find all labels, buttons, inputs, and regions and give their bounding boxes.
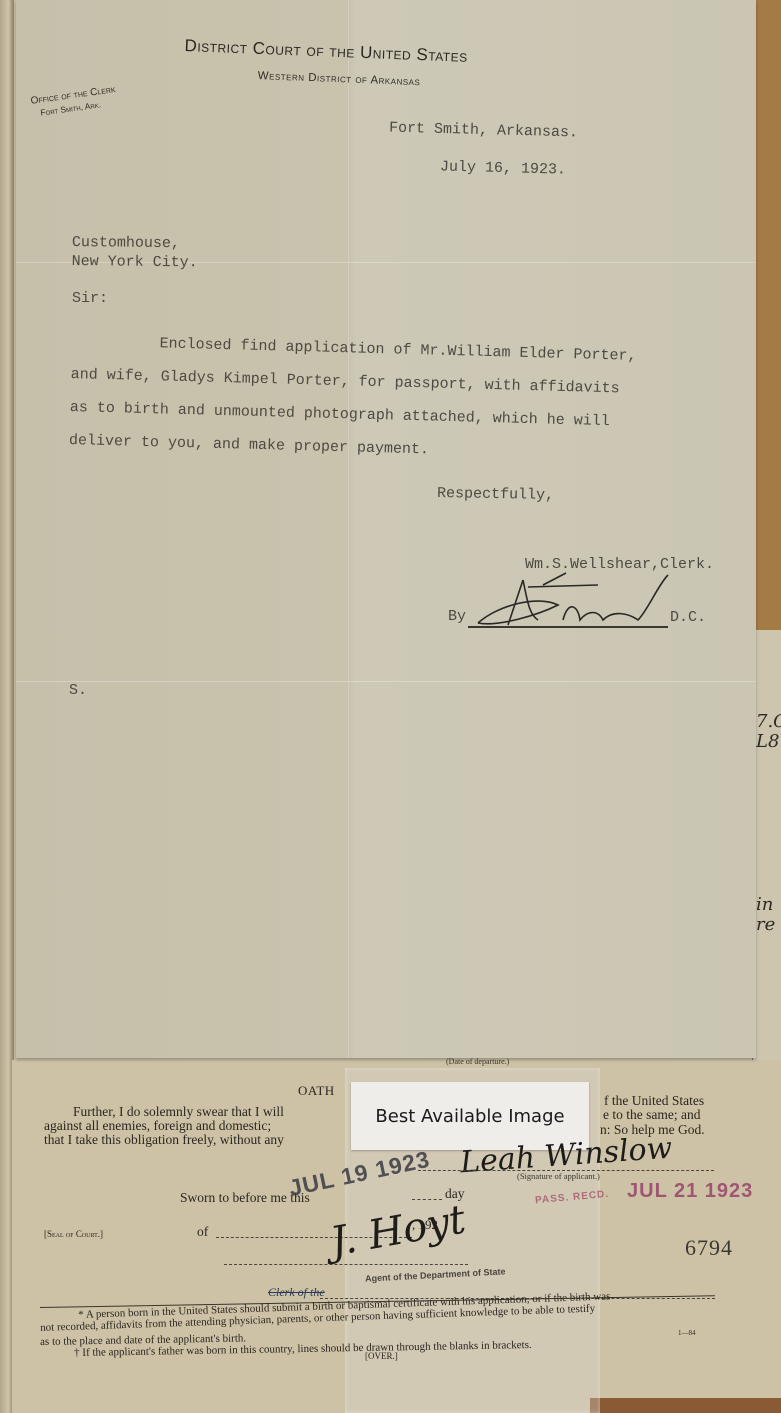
margin-note-upper: 7.C L8 [756,712,781,752]
date-of-departure-caption: (Date of departure.) [446,1057,509,1066]
folder-cover-bottom [590,1398,781,1413]
oath-left-line: that I take this obligation freely, with… [44,1132,284,1148]
form-code: 1—84 [678,1327,696,1340]
oath-right-line: e to the same; and [603,1107,700,1123]
underlying-page-edge [752,630,781,1070]
margin-note-line: re [756,915,775,935]
margin-note-line: 7.C [756,712,781,732]
clerk-of-the-struck: Clerk of the [268,1285,325,1300]
received-stamp-date: JUL 21 1923 [627,1180,753,1203]
typist-initials: S. [69,682,87,699]
letter-addressee: Customhouse, New York City. [72,233,198,272]
clerk-dotted-line [224,1264,468,1265]
letter-salutation: Sir: [72,290,108,307]
oath-title: OATH [298,1083,335,1099]
addressee-line-2: New York City. [72,252,198,272]
margin-note-lower: in re [756,895,775,935]
fold-line [16,681,756,682]
file-number: 6794 [685,1235,733,1261]
letter-date: July 16, 1923. [440,158,566,178]
by-label: By [448,608,466,625]
letter-body: Enclosed find application of Mr.William … [69,325,637,472]
clerk-letter-sheet [16,0,756,1058]
folder-cover-edge [755,0,781,635]
addressee-line-1: Customhouse, [72,233,198,253]
fold-line-vertical [348,0,349,1058]
margin-note-line: L8 [756,732,781,752]
seal-of-court-label: [Seal of Court.] [44,1229,103,1239]
signature-caption: (Signature of applicant.) [517,1171,600,1181]
deputy-clerk-suffix: D.C. [670,609,706,626]
letter-closing: Respectfully, [437,485,554,504]
of-label: of [197,1224,208,1240]
deputy-clerk-signature [468,565,678,635]
over-label: [OVER.] [365,1350,398,1363]
margin-note-line: in [756,895,775,915]
best-available-image-text: Best Available Image [375,1106,564,1127]
